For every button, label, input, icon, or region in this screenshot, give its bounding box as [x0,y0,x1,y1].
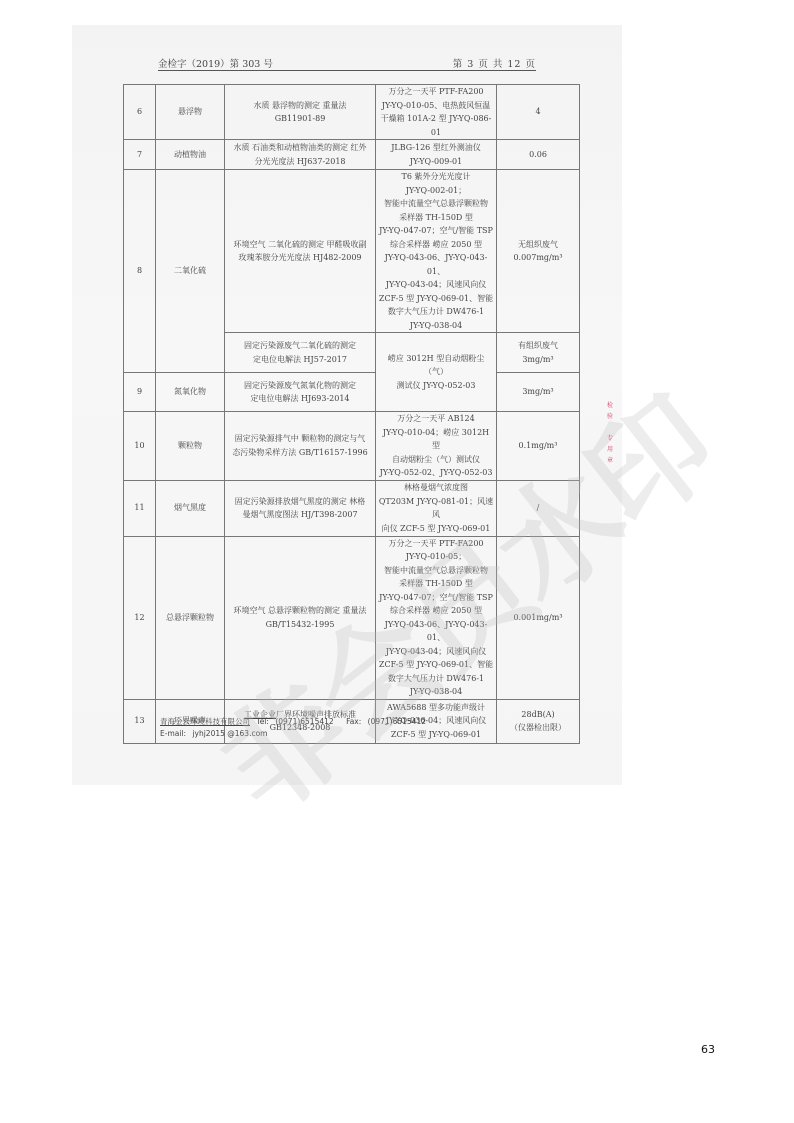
detection-limit: 无组织废气 0.007mg/m³ [497,170,580,333]
email-address: jyhj2015 @163.com [192,729,267,738]
test-equipment: 万分之一天平 AB124 JY-YQ-010-04；崂应 3012H 型 自动烟… [376,412,497,481]
test-equipment: 万分之一天平 PTF-FA200 JY-YQ-010-05； 智能中流量空气总悬… [376,536,497,699]
row-number: 9 [124,373,156,412]
row-number: 8 [124,170,156,373]
test-item: 二氧化硫 [156,170,225,373]
test-method: 水质 悬浮物的测定 重量法 GB11901-89 [225,85,376,140]
fax-label: Fax: [346,717,361,726]
email-label: E-mail: [160,729,186,738]
table-row: 10 颗粒物 固定污染源排气中 颗粒物的测定与气 态污染物采样方法 GB/T16… [124,412,580,481]
test-equipment: 万分之一天平 PTF-FA200 JY-YQ-010-05、电热鼓风恒温 干燥箱… [376,85,497,140]
seal-stamp: 检 验 专 用 章 [606,400,614,500]
test-method: 环境空气 二氧化硫的测定 甲醛吸收副 玫瑰苯胺分光光度法 HJ482-2009 [225,170,376,333]
test-method: 环境空气 总悬浮颗粒物的测定 重量法 GB/T15432-1995 [225,536,376,699]
test-method: 固定污染源废气氮氧化物的测定 定电位电解法 HJ693-2014 [225,373,376,412]
test-item: 动植物油 [156,140,225,170]
table-row: 7 动植物油 水质 石油类和动植物油类的测定 红外 分光光度法 HJ637-20… [124,140,580,170]
tel-label: Tel: [256,717,269,726]
test-method: 固定污染源排放烟气黑度的测定 林格 曼烟气黑度图法 HJ/T398-2007 [225,480,376,536]
company-name: 青海金云环境科技有限公司 [160,717,250,726]
detection-limit: 3mg/m³ [497,373,580,412]
test-equipment: 崂应 3012H 型自动烟粉尘（气） 测试仪 JY-YQ-052-03 [376,333,497,412]
test-methods-table: 6 悬浮物 水质 悬浮物的测定 重量法 GB11901-89 万分之一天平 PT… [123,84,580,744]
row-number: 11 [124,480,156,536]
table-row: 6 悬浮物 水质 悬浮物的测定 重量法 GB11901-89 万分之一天平 PT… [124,85,580,140]
row-number: 12 [124,536,156,699]
detection-limit: 有组织废气 3mg/m³ [497,333,580,373]
test-item: 颗粒物 [156,412,225,481]
table-row: 8 二氧化硫 环境空气 二氧化硫的测定 甲醛吸收副 玫瑰苯胺分光光度法 HJ48… [124,170,580,333]
test-item: 烟气黑度 [156,480,225,536]
row-number: 13 [124,699,156,743]
document-header: 金检字（2019）第 303 号 第 3 页 共 12 页 [158,54,536,71]
detection-limit: 0.1mg/m³ [497,412,580,481]
test-method: 固定污染源废气二氧化硫的测定 定电位电解法 HJ57-2017 [225,333,376,373]
test-equipment: 林格曼烟气浓度图 QT203M JY-YQ-081-01；风速风 向仪 ZCF-… [376,480,497,536]
company-footer: 青海金云环境科技有限公司 Tel: (0971)6515412 Fax: (09… [160,716,426,740]
test-equipment: T6 紫外分光光度计 JY-YQ-002-01； 智能中流量空气总悬浮颗粒物 采… [376,170,497,333]
fax-number: (0971)6515412 [368,717,426,726]
detection-limit: / [497,480,580,536]
row-number: 10 [124,412,156,481]
test-method: 水质 石油类和动植物油类的测定 红外 分光光度法 HJ637-2018 [225,140,376,170]
table-row: 12 总悬浮颗粒物 环境空气 总悬浮颗粒物的测定 重量法 GB/T15432-1… [124,536,580,699]
table-row: 9 氮氧化物 固定污染源废气氮氧化物的测定 定电位电解法 HJ693-2014 … [124,373,580,412]
page-number: 63 [701,1043,715,1056]
table-row: 11 烟气黑度 固定污染源排放烟气黑度的测定 林格 曼烟气黑度图法 HJ/T39… [124,480,580,536]
page-info: 第 3 页 共 12 页 [453,56,536,70]
test-equipment: JLBG-126 型红外测油仪 JY-YQ-009-01 [376,140,497,170]
row-number: 6 [124,85,156,140]
test-item: 总悬浮颗粒物 [156,536,225,699]
document-number: 金检字（2019）第 303 号 [158,56,273,70]
tel-number: (0971)6515412 [275,717,333,726]
detection-limit: 0.001mg/m³ [497,536,580,699]
detection-limit: 0.06 [497,140,580,170]
test-item: 悬浮物 [156,85,225,140]
detection-limit: 28dB(A) （仪器检出限） [497,699,580,743]
test-method: 固定污染源排气中 颗粒物的测定与气 态污染物采样方法 GB/T16157-199… [225,412,376,481]
detection-limit: 4 [497,85,580,140]
row-number: 7 [124,140,156,170]
test-item: 氮氧化物 [156,373,225,412]
